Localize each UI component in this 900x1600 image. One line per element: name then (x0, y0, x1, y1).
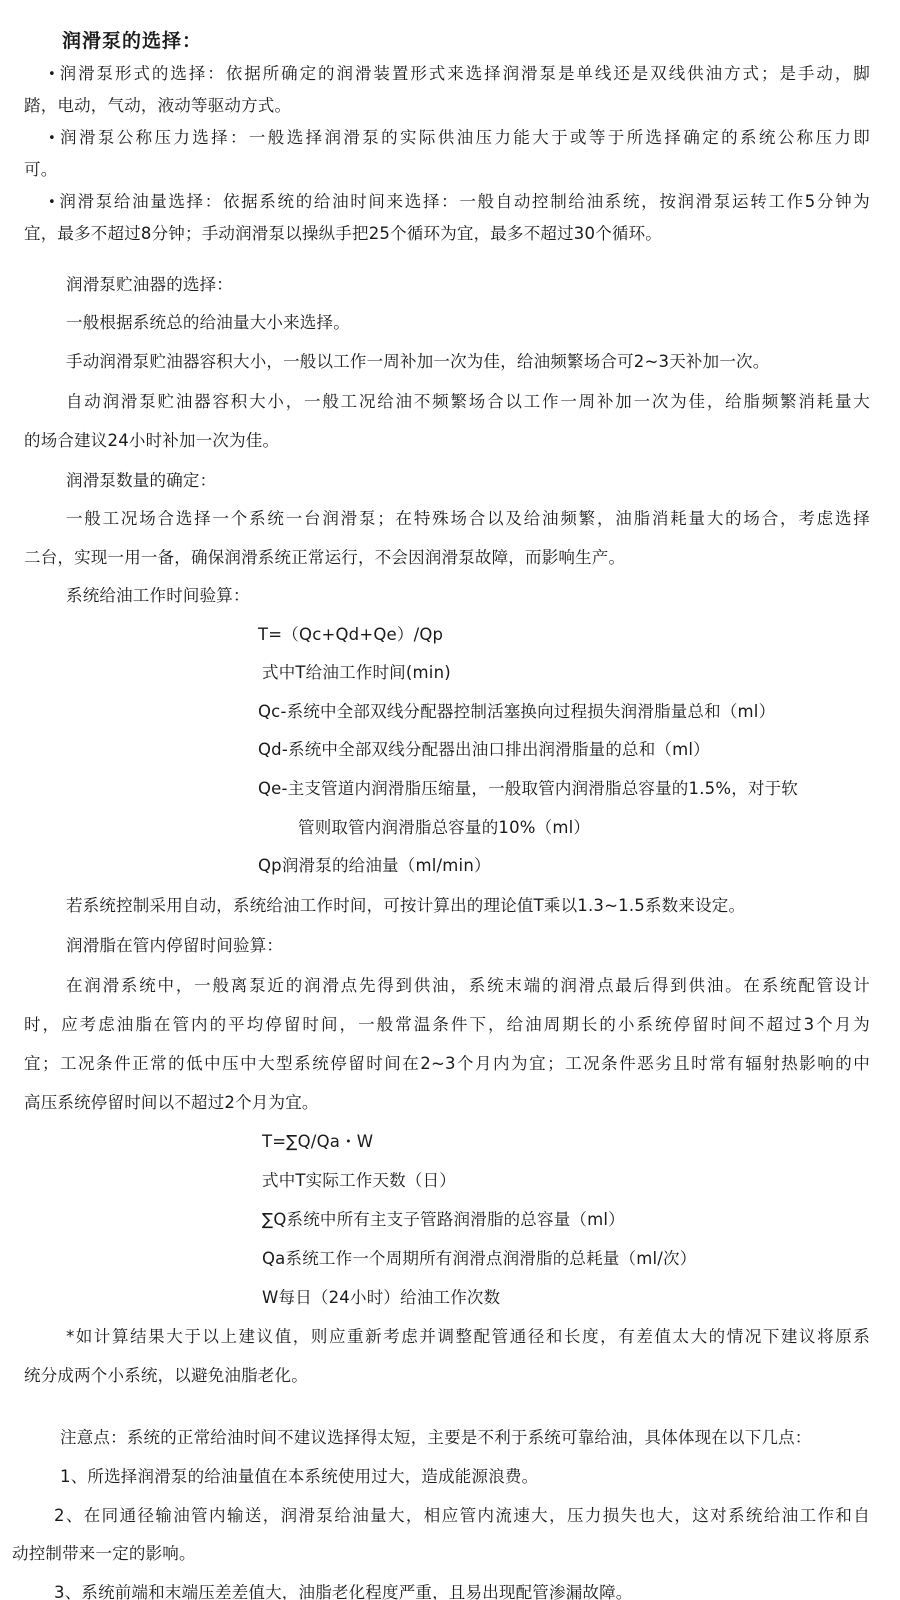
work-time-def: Qe-主支管道内润滑脂压缩量，一般取管内润滑脂总容量的1.5%，对于软 (258, 778, 798, 800)
bullet-pressure-line2: 可。 (24, 159, 57, 181)
residence-title: 润滑脂在管内停留时间验算： (66, 935, 283, 957)
residence-formula: T=∑Q/Qa・W (262, 1131, 373, 1153)
work-time-title: 系统给油工作时间验算： (66, 585, 250, 607)
work-time-def: 式中T给油工作时间(min) (262, 662, 451, 684)
reservoir-title: 润滑泵贮油器的选择： (66, 274, 233, 296)
residence-p1-line: 在润滑系统中，一般离泵近的润滑点先得到供油，系统末端的润滑点最后得到供油。在系统… (66, 975, 870, 997)
bullet-pump-type-line2: 踏，电动，气动，液动等驱动方式。 (24, 95, 291, 117)
work-time-def: Qc-系统中全部双线分配器控制活塞换向过程损失润滑脂量总和（ml） (258, 701, 775, 723)
residence-p1-line: 时，应考虑油脂在管内的平均停留时间，一般常温条件下，给油周期长的小系统停留时间不… (24, 1014, 870, 1036)
notes-intro: 注意点：系统的正常给油时间不建议选择得太短，主要是不利于系统可靠给油，具体体现在… (60, 1427, 812, 1449)
quantity-title: 润滑泵数量的确定： (66, 470, 216, 492)
residence-warning-line1: *如计算结果大于以上建议值，则应重新考虑并调整配管通径和长度，有差值太大的情况下… (66, 1326, 870, 1348)
residence-def: W每日（24小时）给油工作次数 (262, 1287, 500, 1309)
reservoir-p3-line2: 的场合建议24小时补加一次为佳。 (24, 430, 279, 452)
residence-def: ∑Q系统中所有主支子管路润滑脂的总容量（ml） (262, 1209, 625, 1231)
document-page: 润滑泵的选择： 润滑泵形式的选择：依据所确定的润滑装置形式来选择润滑泵是单线还是… (0, 0, 900, 1600)
work-time-note: 若系统控制采用自动，系统给油工作时间，可按计算出的理论值T乘以1.3~1.5系数… (66, 895, 745, 917)
residence-p1-line: 高压系统停留时间以不超过2个月为宜。 (24, 1092, 319, 1114)
bullet-flow-line2: 宜，最多不超过8分钟；手动润滑泵以操纵手把25个循环为宜，最多不超过30个循环。 (24, 223, 662, 245)
work-time-def: 管则取管内润滑脂总容量的10%（ml） (298, 817, 590, 839)
reservoir-p3-line1: 自动润滑泵贮油器容积大小，一般工况给油不频繁场合以工作一周补加一次为佳，给脂频繁… (66, 391, 870, 413)
reservoir-p2: 手动润滑泵贮油器容积大小，一般以工作一周补加一次为佳，给油频繁场合可2~3天补加… (66, 351, 769, 373)
residence-p1-line: 宜；工况条件正常的低中压中大型系统停留时间在2~3个月内为宜；工况条件恶劣且时常… (24, 1053, 870, 1075)
notes-item: 1、所选择润滑泵的给油量值在本系统使用过大，造成能源浪费。 (60, 1466, 538, 1488)
residence-def: 式中T实际工作天数（日） (262, 1170, 456, 1192)
quantity-p1-line2: 二台，实现一用一备，确保润滑系统正常运行，不会因润滑泵故障，而影响生产。 (24, 547, 625, 569)
residence-warning-line2: 统分成两个小系统，以避免油脂老化。 (24, 1365, 308, 1387)
bullet-pump-type-line1: 润滑泵形式的选择：依据所确定的润滑装置形式来选择润滑泵是单线还是双线供油方式；是… (48, 63, 870, 86)
notes-item: 2、在同通径输油管内输送，润滑泵给油量大，相应管内流速大，压力损失也大，这对系统… (54, 1505, 870, 1527)
work-time-def: Qp润滑泵的给油量（ml/min） (258, 855, 491, 877)
residence-def: Qa系统工作一个周期所有润滑点润滑脂的总耗量（ml/次） (262, 1248, 696, 1270)
bullet-flow-line1: 润滑泵给油量选择：依据系统的给油时间来选择：一般自动控制给油系统，按润滑泵运转工… (48, 191, 870, 214)
quantity-p1-line1: 一般工况场合选择一个系统一台润滑泵；在特殊场合以及给油频繁，油脂消耗量大的场合，… (66, 508, 870, 530)
work-time-def: Qd-系统中全部双线分配器出油口排出润滑脂量的总和（ml） (258, 739, 710, 761)
section-heading: 润滑泵的选择： (62, 30, 202, 52)
work-time-formula: T=（Qc+Qd+Qe）/Qp (258, 624, 443, 646)
notes-item-continued: 动控制带来一定的影响。 (12, 1543, 196, 1565)
notes-item: 3、系统前端和末端压差差值大，油脂老化程度严重，且易出现配管渗漏故障。 (54, 1582, 633, 1600)
bullet-pressure-line1: 润滑泵公称压力选择：一般选择润滑泵的实际供油压力能大于或等于所选择确定的系统公称… (48, 127, 870, 150)
reservoir-p1: 一般根据系统总的给油量大小来选择。 (66, 312, 350, 334)
